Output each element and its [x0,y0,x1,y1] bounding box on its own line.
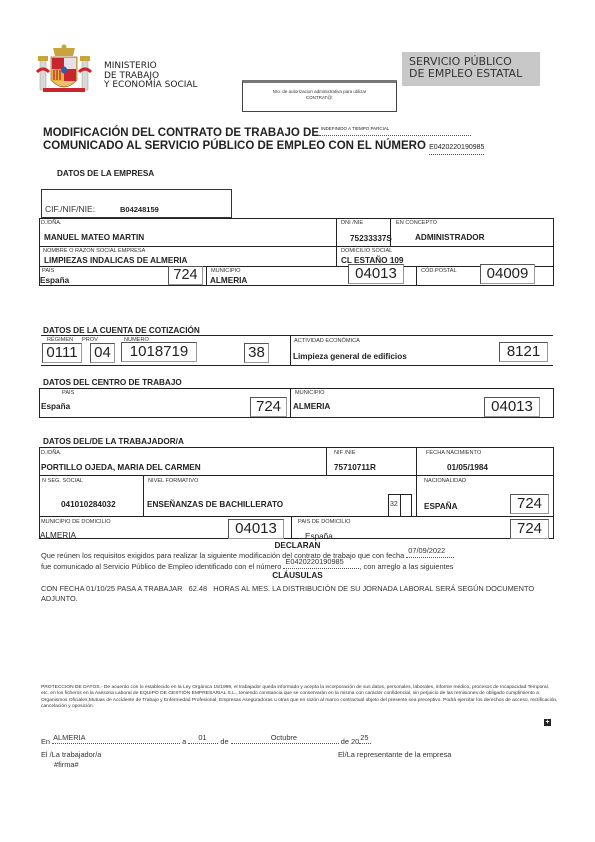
sepe-logo-box: SERVICIO PÚBLICO DE EMPLEO ESTATAL [402,52,540,86]
empresa-municipio-code: 04013 [348,264,404,284]
trabajador-dna-label: D./DÑA. [41,450,62,456]
auth-box-label-contrata: CONTRAT@: [243,95,396,101]
title-line2: COMUNICADO AL SERVICIO PÚBLICO DE EMPLEO… [43,140,426,152]
trabajador-nif-value: 75710711R [334,463,376,472]
centro-municipio-value: ALMERIA [293,402,330,411]
centro-municipio-label: MUNICIPIO [295,390,325,396]
declaran-fecha: 07/09/2022 [408,546,445,556]
prov-value: 04 [90,343,115,363]
title-contract-number: E0420220190985 [429,142,484,156]
section-title-centro: DATOS DEL CENTRO DE TRABAJO [43,378,182,387]
empresa-concepto-label: EN CONCEPTO [396,220,437,226]
coat-of-arms-logo [35,42,93,98]
centro-pais-value: España [41,402,70,411]
firma-mes: Octubre [271,733,297,742]
actividad-code: 8121 [499,342,548,362]
numero-value: 1018719 [121,342,197,362]
actividad-label: ACTIVIDAD ECONÓMICA [294,338,360,344]
declaran-numero: E0420220190985 [285,557,343,567]
firma-de20-label: de 20 [341,737,360,746]
section-title-trabajador: DATOS DEL/DE LA TRABAJADOR/A [43,437,184,446]
empresa-pais-code: 724 [168,266,203,285]
declaran-text2: fue comunicado al Servicio Público de Em… [41,562,281,571]
empresa-pais-value: España [40,276,69,285]
dc-value: 38 [244,343,269,363]
firma-representante-label: El/La representante de la empresa [338,750,451,759]
trabajador-nivel-code: 32 [390,501,398,508]
trabajador-pais-dom-label: PAIS DE DOMICILIO [298,519,350,525]
centro-pais-label: PAIS [62,390,74,396]
firma-en-label: En [41,737,50,746]
trabajador-table [39,447,554,539]
trabajador-nss-value: 041010284032 [61,500,116,509]
declaran-text3: , con arreglo a las siguientes [359,562,453,571]
empresa-razon-label: NOMBRE O RAZON SOCIAL EMPRESA [43,248,145,254]
empresa-pais-label: PAIS [42,268,54,274]
title-line1: MODIFICACIÓN DEL CONTRATO DE TRABAJO DE [43,127,319,139]
section-title-empresa: DATOS DE LA EMPRESA [57,169,154,178]
firma-trabajador-label: El /La trabajador/a [41,750,101,759]
empresa-municipio-value: ALMERIA [210,276,247,285]
empresa-dna-value: MANUEL MATEO MARTIN [44,233,144,242]
actividad-value: Limpieza general de edificios [293,352,407,361]
empresa-dni-value: 75233337S [350,234,392,243]
cif-box: CIF./NIF/NIE: B04248159 [41,189,232,218]
firma-dia: 01 [198,733,206,742]
trabajador-mun-dom-value: ALMERIA [40,531,76,540]
trabajador-nivel-label: NIVEL FORMATIVO [148,478,198,484]
empresa-dni-label: DNI /NIE [341,220,363,226]
trabajador-nivel-value: ENSEÑANZAS DE BACHILLERATO [147,500,283,509]
declaran-text: Que reúnen los requisitos exigidos para … [41,550,561,572]
signature-line: En ALMERIA a 01 de Octubre de 2025 [41,736,371,746]
empresa-razon-value: LIMPIEZAS INDALICAS DE ALMERIA [44,256,187,265]
centro-municipio-code: 04013 [484,397,540,417]
declaran-title: DECLARAN [0,541,595,550]
plus-icon[interactable]: + [544,719,551,726]
authorization-box: Nro. de autorizacion administrativa para… [242,80,397,112]
proteccion-datos-text: PROTECCION DE DATOS.- De acuerdo con lo … [41,685,558,711]
trabajador-pais-dom-code: 724 [510,519,549,539]
firma-placeholder: #firma# [54,760,79,769]
section-title-cotizacion: DATOS DE LA CUENTA DE COTIZACIÓN [43,326,200,335]
trabajador-mun-dom-code: 04013 [228,519,284,539]
firma-de-label: de [220,737,228,746]
contract-type: INDEFINIDO A TIEMPO PARCIAL [321,123,389,136]
regimen-value: 0111 [42,343,82,363]
cif-label: CIF./NIF/NIE: [45,204,95,214]
centro-pais-code: 724 [250,397,287,417]
sepe-name-line2: DE EMPLEO ESTATAL [409,68,540,80]
empresa-dna-label: D./DÑA. [41,220,62,226]
trabajador-nif-label: NIF /NIE [334,450,355,456]
trabajador-dna-value: PORTILLO OJEDA, MARIA DEL CARMEN [41,463,201,472]
firma-lugar: ALMERIA [53,733,85,742]
trabajador-nss-label: N SEG. SOCIAL [42,478,83,484]
trabajador-mun-dom-label: MUNICIPIO DE DOMICILIO [41,519,111,525]
ministry-name-line3: Y ECONOMÍA SOCIAL [104,81,198,91]
clausulas-title: CLÁUSULAS [0,571,595,580]
empresa-municipio-label: MUNICIPIO [211,268,241,274]
trabajador-nacimiento-label: FECHA NACIMIENTO [426,450,481,456]
trabajador-pais-dom-value: España [305,532,333,541]
trabajador-nacimiento-value: 01/05/1984 [447,463,488,472]
trabajador-nivel-code-box: 32 [388,494,412,516]
empresa-concepto-value: ADMINISTRADOR [415,233,485,242]
document-title: MODIFICACIÓN DEL CONTRATO DE TRABAJO DEI… [43,126,484,155]
trabajador-nacionalidad-label: NACIONALIDAD [424,478,466,484]
clausulas-text: CON FECHA 01/10/25 PASA A TRABAJAR 62.48… [41,584,559,604]
empresa-cp-label: CÓD.POSTAL [421,268,457,274]
firma-a-label: a [182,737,186,746]
trabajador-nacionalidad-value: ESPAÑA [424,502,458,511]
declaran-text1: Que reúnen los requisitos exigidos para … [41,551,404,560]
trabajador-nacionalidad-code: 724 [510,494,549,514]
empresa-domicilio-label: DOMICILIO SOCIAL [341,248,392,254]
cif-value: B04248159 [120,205,159,214]
empresa-cp-value: 04009 [480,264,535,284]
firma-anio: 25 [360,733,368,742]
